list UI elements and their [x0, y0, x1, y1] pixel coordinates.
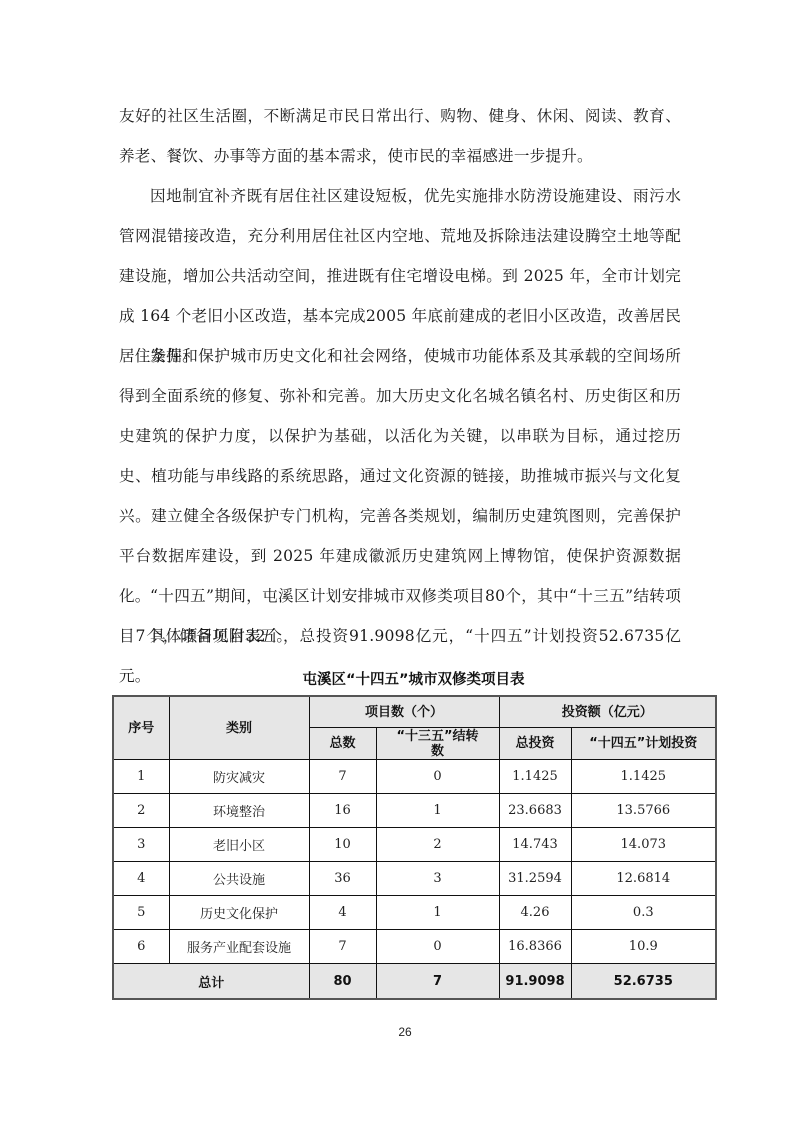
cell-total-investment: 23.6683: [499, 794, 571, 828]
paragraph-community-life: 友好的社区生活圈，不断满足市民日常出行、购物、健身、休闲、阅读、教育、养老、餐饮…: [119, 96, 681, 176]
cell-carryover: 0: [376, 930, 499, 964]
table-row: 5 历史文化保护 4 1 4.26 0.3: [113, 896, 716, 930]
header-seq: 序号: [113, 696, 169, 760]
total-count: 80: [309, 964, 376, 1000]
cell-plan-investment: 12.6814: [571, 862, 716, 896]
cell-carryover: 1: [376, 896, 499, 930]
cell-category: 环境整治: [169, 794, 309, 828]
cell-seq: 3: [113, 828, 169, 862]
table-row: 1 防灾减灾 7 0 1.1425 1.1425: [113, 760, 716, 794]
cell-plan-investment: 13.5766: [571, 794, 716, 828]
cell-category: 服务产业配套设施: [169, 930, 309, 964]
cell-total-count: 7: [309, 930, 376, 964]
cell-seq: 2: [113, 794, 169, 828]
header-total-investment: 总投资: [499, 728, 571, 760]
cell-seq: 5: [113, 896, 169, 930]
document-page: 友好的社区生活圈，不断满足市民日常出行、购物、健身、休闲、阅读、教育、养老、餐饮…: [0, 0, 793, 1122]
cell-total-count: 36: [309, 862, 376, 896]
cell-category: 公共设施: [169, 862, 309, 896]
header-investment: 投资额（亿元）: [499, 696, 716, 728]
cell-total-count: 4: [309, 896, 376, 930]
header-total-count: 总数: [309, 728, 376, 760]
cell-seq: 1: [113, 760, 169, 794]
cell-total-investment: 1.1425: [499, 760, 571, 794]
cell-total-investment: 4.26: [499, 896, 571, 930]
cell-carryover: 3: [376, 862, 499, 896]
total-plan-investment: 52.6735: [571, 964, 716, 1000]
cell-seq: 4: [113, 862, 169, 896]
cell-total-investment: 16.8366: [499, 930, 571, 964]
table-row: 6 服务产业配套设施 7 0 16.8366 10.9: [113, 930, 716, 964]
table-row: 4 公共设施 36 3 31.2594 12.6814: [113, 862, 716, 896]
total-carryover: 7: [376, 964, 499, 1000]
cell-carryover: 0: [376, 760, 499, 794]
page-number: 26: [393, 1025, 417, 1039]
cell-carryover: 1: [376, 794, 499, 828]
cell-category: 防灾减灾: [169, 760, 309, 794]
cell-plan-investment: 14.073: [571, 828, 716, 862]
cell-carryover: 2: [376, 828, 499, 862]
cell-plan-investment: 10.9: [571, 930, 716, 964]
paragraph-appendix-reference: 具体项目见附表五。: [119, 616, 681, 656]
cell-plan-investment: 1.1425: [571, 760, 716, 794]
project-table: 序号 类别 项目数（个） 投资额（亿元） 总数 “十三五”结转数 总投资 “十四…: [112, 695, 717, 1000]
cell-total-investment: 14.743: [499, 828, 571, 862]
cell-total-count: 16: [309, 794, 376, 828]
cell-total-investment: 31.2594: [499, 862, 571, 896]
cell-plan-investment: 0.3: [571, 896, 716, 930]
cell-total-count: 7: [309, 760, 376, 794]
cell-seq: 6: [113, 930, 169, 964]
table-caption: 屯溪区“十四五”城市双修类项目表: [112, 668, 715, 692]
total-label: 总计: [113, 964, 309, 1000]
table-total-row: 总计 80 7 91.9098 52.6735: [113, 964, 716, 1000]
table-header-row: 序号 类别 项目数（个） 投资额（亿元）: [113, 696, 716, 728]
header-project-count: 项目数（个）: [309, 696, 499, 728]
header-carryover: “十三五”结转数: [376, 728, 499, 760]
cell-category: 老旧小区: [169, 828, 309, 862]
table-row: 2 环境整治 16 1 23.6683 13.5766: [113, 794, 716, 828]
paragraph-historic-protection: 发掘和保护城市历史文化和社会网络，使城市功能体系及其承载的空间场所得到全面系统的…: [119, 336, 681, 616]
cell-category: 历史文化保护: [169, 896, 309, 930]
header-plan-investment: “十四五”计划投资: [571, 728, 716, 760]
cell-total-count: 10: [309, 828, 376, 862]
total-investment: 91.9098: [499, 964, 571, 1000]
header-category: 类别: [169, 696, 309, 760]
table-row: 3 老旧小区 10 2 14.743 14.073: [113, 828, 716, 862]
